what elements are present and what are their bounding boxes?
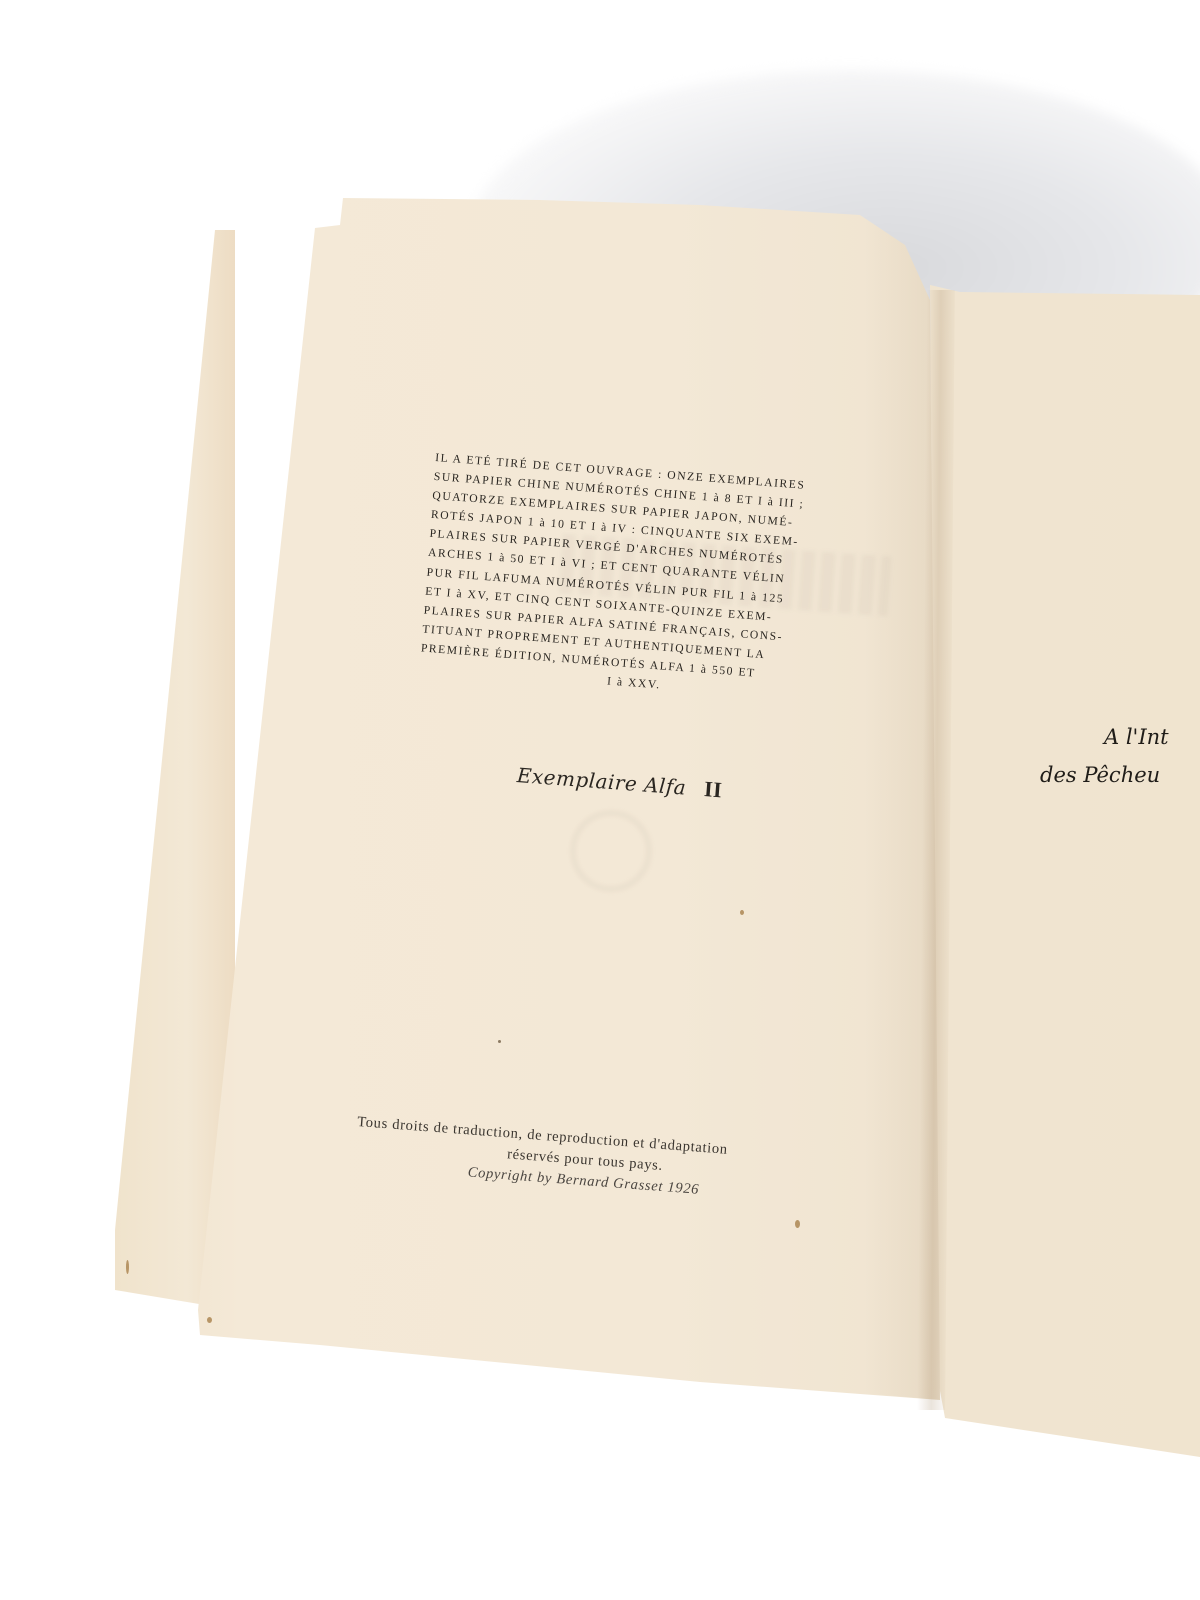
foxing-spot (740, 910, 744, 915)
foxing-spot (498, 1040, 501, 1043)
show-through-emblem (570, 810, 652, 892)
dedication-line-2: des Pêcheu (1040, 756, 1200, 794)
dedication: A l'Int des Pêcheu (1040, 718, 1200, 794)
book-photo: IL A ETÉ TIRÉ DE CET OUVRAGE : ONZE EXEM… (0, 0, 1200, 1600)
dedication-line-1: A l'Int (1040, 718, 1200, 756)
justification-du-tirage: IL A ETÉ TIRÉ DE CET OUVRAGE : ONZE EXEM… (419, 448, 865, 709)
foxing-spot (207, 1317, 212, 1323)
foxing-spot (126, 1260, 129, 1274)
foxing-spot (795, 1220, 800, 1228)
copy-roman-numeral: II (703, 776, 723, 802)
